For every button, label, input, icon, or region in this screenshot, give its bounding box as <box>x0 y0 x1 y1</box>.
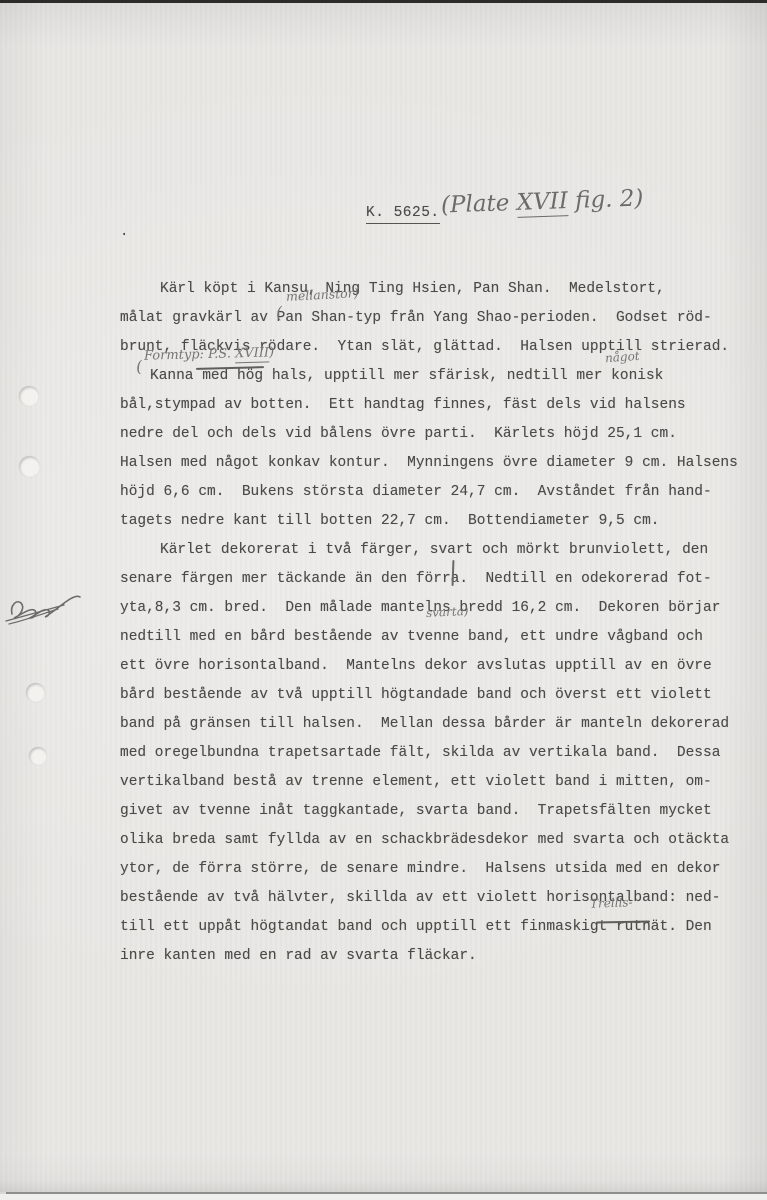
text-line: till ett uppåt högtandat band och upptil… <box>120 913 712 942</box>
text-line: nedre del och dels vid bålens övre parti… <box>120 420 677 449</box>
text-line: senare färgen mer täckande än den förra.… <box>120 565 712 594</box>
scan-edge-bottom <box>0 1194 767 1200</box>
scanned-document-page: K. 5625. . (Plate XVII fig. 2) Kärl köpt… <box>0 0 767 1200</box>
margin-scribble <box>4 580 82 628</box>
catalog-number-title: K. 5625. <box>366 205 440 224</box>
text-line: yta,8,3 cm. bred. Den målade mantelns br… <box>120 594 720 623</box>
handwritten-plate-reference: (Plate XVII fig. 2) <box>441 185 644 218</box>
stray-period: . <box>120 224 128 240</box>
handwritten-insertion-nagot: något <box>605 349 641 365</box>
text-line: givet av tvenne inåt taggkantade, svarta… <box>120 797 712 826</box>
formtyp-prefix: Formtyp: P.S. <box>144 346 235 363</box>
formtyp-suffix: ) <box>269 345 274 360</box>
text-line: höjd 6,6 cm. Bukens största diameter 24,… <box>120 478 712 507</box>
punch-hole <box>29 747 47 765</box>
text-line: Halsen med något konkav kontur. Mynninge… <box>120 449 738 478</box>
text-line: ett övre horisontalband. Mantelns dekor … <box>120 652 712 681</box>
text-line: Kärl köpt i Kansu, Ning Ting Hsien, Pan … <box>160 275 665 304</box>
handwritten-formtyp-note: Formtyp: P.S. XVIII) <box>144 345 275 363</box>
text-line: olika breda samt fyllda av en schackbräd… <box>120 826 729 855</box>
punch-hole <box>26 683 45 702</box>
text-line: Kärlet dekorerat i två färger, svart och… <box>160 536 708 565</box>
formtyp-number: XVIII <box>235 345 269 363</box>
scan-edge-top <box>0 0 767 3</box>
text-line: bål,stympad av botten. Ett handtag finne… <box>120 391 686 420</box>
text-line: vertikalband bestå av trenne element, et… <box>120 768 712 797</box>
text-line: nedtill med en bård bestående av tvenne … <box>120 623 703 652</box>
text-line: tagets nedre kant till botten 22,7 cm. B… <box>120 507 660 536</box>
punch-hole <box>19 456 40 477</box>
handwritten-paren: ( <box>275 303 283 322</box>
plate-ref-prefix: (Plate <box>441 190 518 219</box>
handwritten-insertion-trellis: Trellis- <box>590 895 633 910</box>
punch-hole <box>19 386 39 406</box>
plate-number: XVII <box>516 188 568 218</box>
text-line: ytor, de förra större, de senare mindre.… <box>120 855 720 884</box>
text-line: inre kanten med en rad av svarta fläckar… <box>120 942 477 971</box>
text-line: bård bestående av två upptill högtandade… <box>120 681 712 710</box>
text-line: band på gränsen till halsen. Mellan dess… <box>120 710 729 739</box>
plate-ref-suffix: fig. 2) <box>567 185 643 214</box>
text-line: med oregelbundna trapetsartade fält, ski… <box>120 739 720 768</box>
paper-bottom-shadow <box>0 1180 767 1192</box>
text-line: målat gravkärl av Pan Shan-typ från Yang… <box>120 304 712 333</box>
handwritten-insertion-svarta: svarta) <box>426 604 469 620</box>
